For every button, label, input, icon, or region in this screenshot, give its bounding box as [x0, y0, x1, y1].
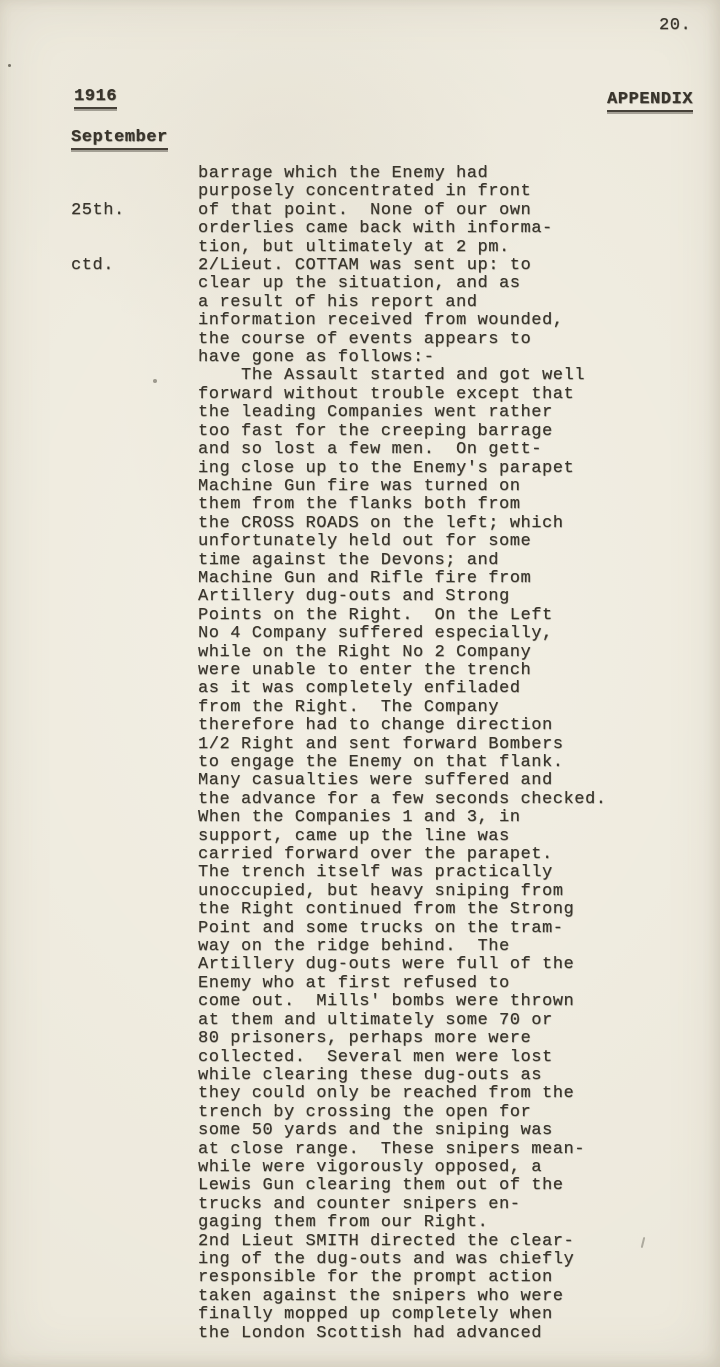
body-line: trucks and counter snipers en-: [198, 1196, 678, 1214]
body-line: trench by crossing the open for: [198, 1104, 678, 1122]
body-line: taken against the snipers who were: [198, 1288, 678, 1306]
body-line: of that point. None of our own: [198, 202, 678, 220]
war-diary-appendix-page: 20. 1916 APPENDIX September 25th. ctd. b…: [0, 0, 720, 1367]
body-line: a result of his report and: [198, 294, 678, 312]
page-number: 20.: [659, 17, 691, 35]
body-line: responsible for the prompt action: [198, 1269, 678, 1287]
body-line: unoccupied, but heavy sniping from: [198, 883, 678, 901]
body-line: carried forward over the parapet.: [198, 846, 678, 864]
body-line: Enemy who at first refused to: [198, 975, 678, 993]
body-line: the course of events appears to: [198, 331, 678, 349]
body-line: 2nd Lieut SMITH directed the clear-: [198, 1233, 678, 1251]
body-line: them from the flanks both from: [198, 496, 678, 514]
body-line: at them and ultimately some 70 or: [198, 1012, 678, 1030]
body-line: too fast for the creeping barrage: [198, 423, 678, 441]
body-line: collected. Several men were lost: [198, 1049, 678, 1067]
body-line: finally mopped up completely when: [198, 1306, 678, 1324]
body-line: the Right continued from the Strong: [198, 901, 678, 919]
body-line: while on the Right No 2 Company: [198, 644, 678, 662]
body-line: forward without trouble except that: [198, 386, 678, 404]
body-line: they could only be reached from the: [198, 1085, 678, 1103]
body-line: When the Companies 1 and 3, in: [198, 809, 678, 827]
body-line: as it was completely enfiladed: [198, 680, 678, 698]
body-line: some 50 yards and the sniping was: [198, 1122, 678, 1140]
body-line: Machine Gun and Rifle fire from: [198, 570, 678, 588]
body-line: the advance for a few seconds checked.: [198, 791, 678, 809]
body-line: Many casualties were suffered and: [198, 772, 678, 790]
month-heading: September: [71, 129, 168, 150]
margin-date: 25th. ctd.: [71, 165, 125, 312]
body-line: Machine Gun fire was turned on: [198, 478, 678, 496]
body-line: information received from wounded,: [198, 312, 678, 330]
body-line: Points on the Right. On the Left: [198, 607, 678, 625]
body-line: Point and some trucks on the tram-: [198, 920, 678, 938]
scan-speck: [8, 64, 11, 67]
scan-speck: [153, 379, 157, 383]
body-line: and so lost a few men. On gett-: [198, 441, 678, 459]
body-line: time against the Devons; and: [198, 552, 678, 570]
body-line: barrage which the Enemy had: [198, 165, 678, 183]
body-line: to engage the Enemy on that flank.: [198, 754, 678, 772]
body-line: orderlies came back with informa-: [198, 220, 678, 238]
body-line: gaging them from our Right.: [198, 1214, 678, 1232]
body-line: 80 prisoners, perhaps more were: [198, 1030, 678, 1048]
body-line: ing close up to the Enemy's parapet: [198, 460, 678, 478]
body-line: while were vigorously opposed, a: [198, 1159, 678, 1177]
body-line: at close range. These snipers mean-: [198, 1141, 678, 1159]
body-line: have gone as follows:-: [198, 349, 678, 367]
body-line: clear up the situation, and as: [198, 275, 678, 293]
appendix-heading: APPENDIX: [607, 91, 693, 112]
body-line: the leading Companies went rather: [198, 404, 678, 422]
body-line: The Assault started and got well: [198, 367, 678, 385]
year-heading: 1916: [74, 88, 117, 109]
body-line: were unable to enter the trench: [198, 662, 678, 680]
body-line: Artillery dug-outs were full of the: [198, 956, 678, 974]
body-line: way on the ridge behind. The: [198, 938, 678, 956]
body-line: therefore had to change direction: [198, 717, 678, 735]
diary-body-text: barrage which the Enemy hadpurposely con…: [198, 165, 678, 1343]
body-line: purposely concentrated in front: [198, 183, 678, 201]
body-line: ing of the dug-outs and was chiefly: [198, 1251, 678, 1269]
body-line: while clearing these dug-outs as: [198, 1067, 678, 1085]
body-line: unfortunately held out for some: [198, 533, 678, 551]
body-line: the CROSS ROADS on the left; which: [198, 515, 678, 533]
body-line: support, came up the line was: [198, 828, 678, 846]
body-line: The trench itself was practically: [198, 864, 678, 882]
body-line: Artillery dug-outs and Strong: [198, 588, 678, 606]
body-line: from the Right. The Company: [198, 699, 678, 717]
body-line: the London Scottish had advanced: [198, 1325, 678, 1343]
margin-date-ctd: ctd.: [71, 257, 125, 275]
body-line: No 4 Company suffered especially,: [198, 625, 678, 643]
body-line: 1/2 Right and sent forward Bombers: [198, 736, 678, 754]
margin-date-day: 25th.: [71, 202, 125, 220]
body-line: tion, but ultimately at 2 pm.: [198, 239, 678, 257]
body-line: come out. Mills' bombs were thrown: [198, 993, 678, 1011]
body-line: Lewis Gun clearing them out of the: [198, 1177, 678, 1195]
body-line: 2/Lieut. COTTAM was sent up: to: [198, 257, 678, 275]
